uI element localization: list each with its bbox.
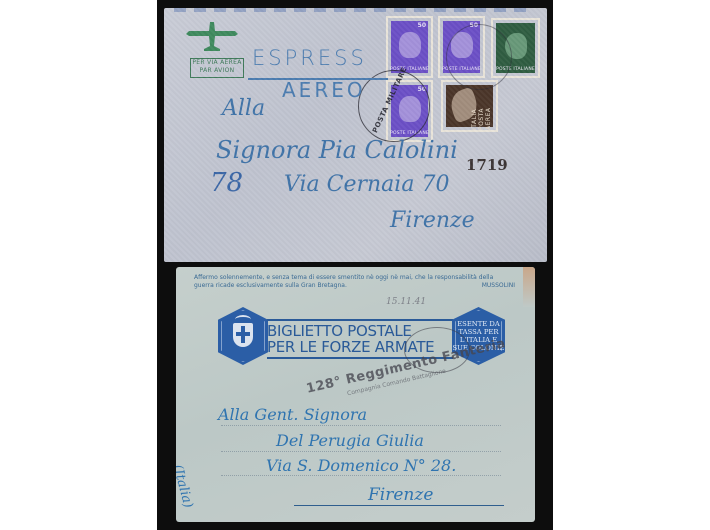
stamp-denomination: 50 [470, 22, 478, 29]
stamp-caption: POSTE ITALIANE [388, 131, 431, 136]
postmark-text: POSTA MILITARE [371, 66, 409, 134]
stamp-caption: POSTE ITALIANE [388, 67, 431, 72]
handwritten-salutation: Alla [222, 96, 265, 121]
exempt-line: ESENTE DA [452, 320, 505, 328]
winged-horse-icon [447, 86, 482, 123]
stamp-airmail-brown: ITALIA POSTA AEREA [441, 80, 498, 132]
stamp-green-25: POSTE ITALIANE [491, 18, 540, 78]
stamp-violet-50: 50 POSTE ITALIANE [438, 16, 485, 78]
postmark-circle [358, 70, 430, 142]
stamp-caption: POSTE ITALIANE [493, 67, 538, 72]
stamp-caption: POSTE ITALIANE [440, 67, 483, 72]
address-rule [221, 451, 501, 452]
torn-edge [174, 8, 534, 12]
address-line-1: Alla Gent. Signora [218, 405, 367, 424]
handwritten-espresso: ESPRESS [252, 46, 367, 70]
postmark-circle [446, 24, 512, 90]
address-rule [294, 505, 504, 506]
airplane-icon [186, 20, 238, 54]
stamp-caption: ITALIA POSTA AEREA [471, 94, 492, 130]
stamp-denomination: 50 [418, 86, 426, 93]
stamp-violet-50: 50 POSTE ITALIANE [386, 80, 433, 142]
airmail-envelope: PER VIA AEREA PAR AVION 50 POSTE ITALIAN… [164, 8, 547, 262]
address-line-4: Firenze [368, 485, 433, 505]
underline [248, 78, 388, 80]
savoy-shield-icon [233, 323, 253, 347]
registration-number: 1719 [466, 156, 508, 174]
airmail-label: PER VIA AEREA PAR AVION [190, 58, 244, 78]
address-line-3: Via S. Domenico N° 28. [266, 456, 456, 475]
coat-of-arms-hexagon [218, 307, 268, 365]
address-rule [221, 425, 501, 426]
address-line-2: Del Perugia Giulia [276, 431, 424, 450]
handwritten-city: Firenze [390, 208, 475, 233]
handwritten-street: Via Cernaia 70 [284, 172, 449, 197]
stamp-denomination: 50 [418, 22, 426, 29]
handwritten-recipient: Signora Pia Calolini [216, 136, 458, 164]
stamp-violet-50: 50 POSTE ITALIANE [386, 16, 433, 78]
propaganda-quote: Affermo solennemente, e senza tema di es… [194, 274, 514, 290]
quote-author: MUSSOLINI [482, 282, 515, 289]
margin-note: (Italia) [176, 463, 195, 510]
address-rule [221, 475, 501, 476]
handwritten-aereo: AEREO [282, 78, 366, 102]
handwritten-number: 78 [210, 168, 243, 198]
airmail-label-italian: PER VIA AEREA [191, 59, 243, 67]
pencil-date: 15.11.41 [386, 297, 426, 307]
military-letter-sheet: Affermo solennemente, e senza tema di es… [176, 267, 535, 522]
airmail-label-french: PAR AVION [191, 67, 243, 75]
